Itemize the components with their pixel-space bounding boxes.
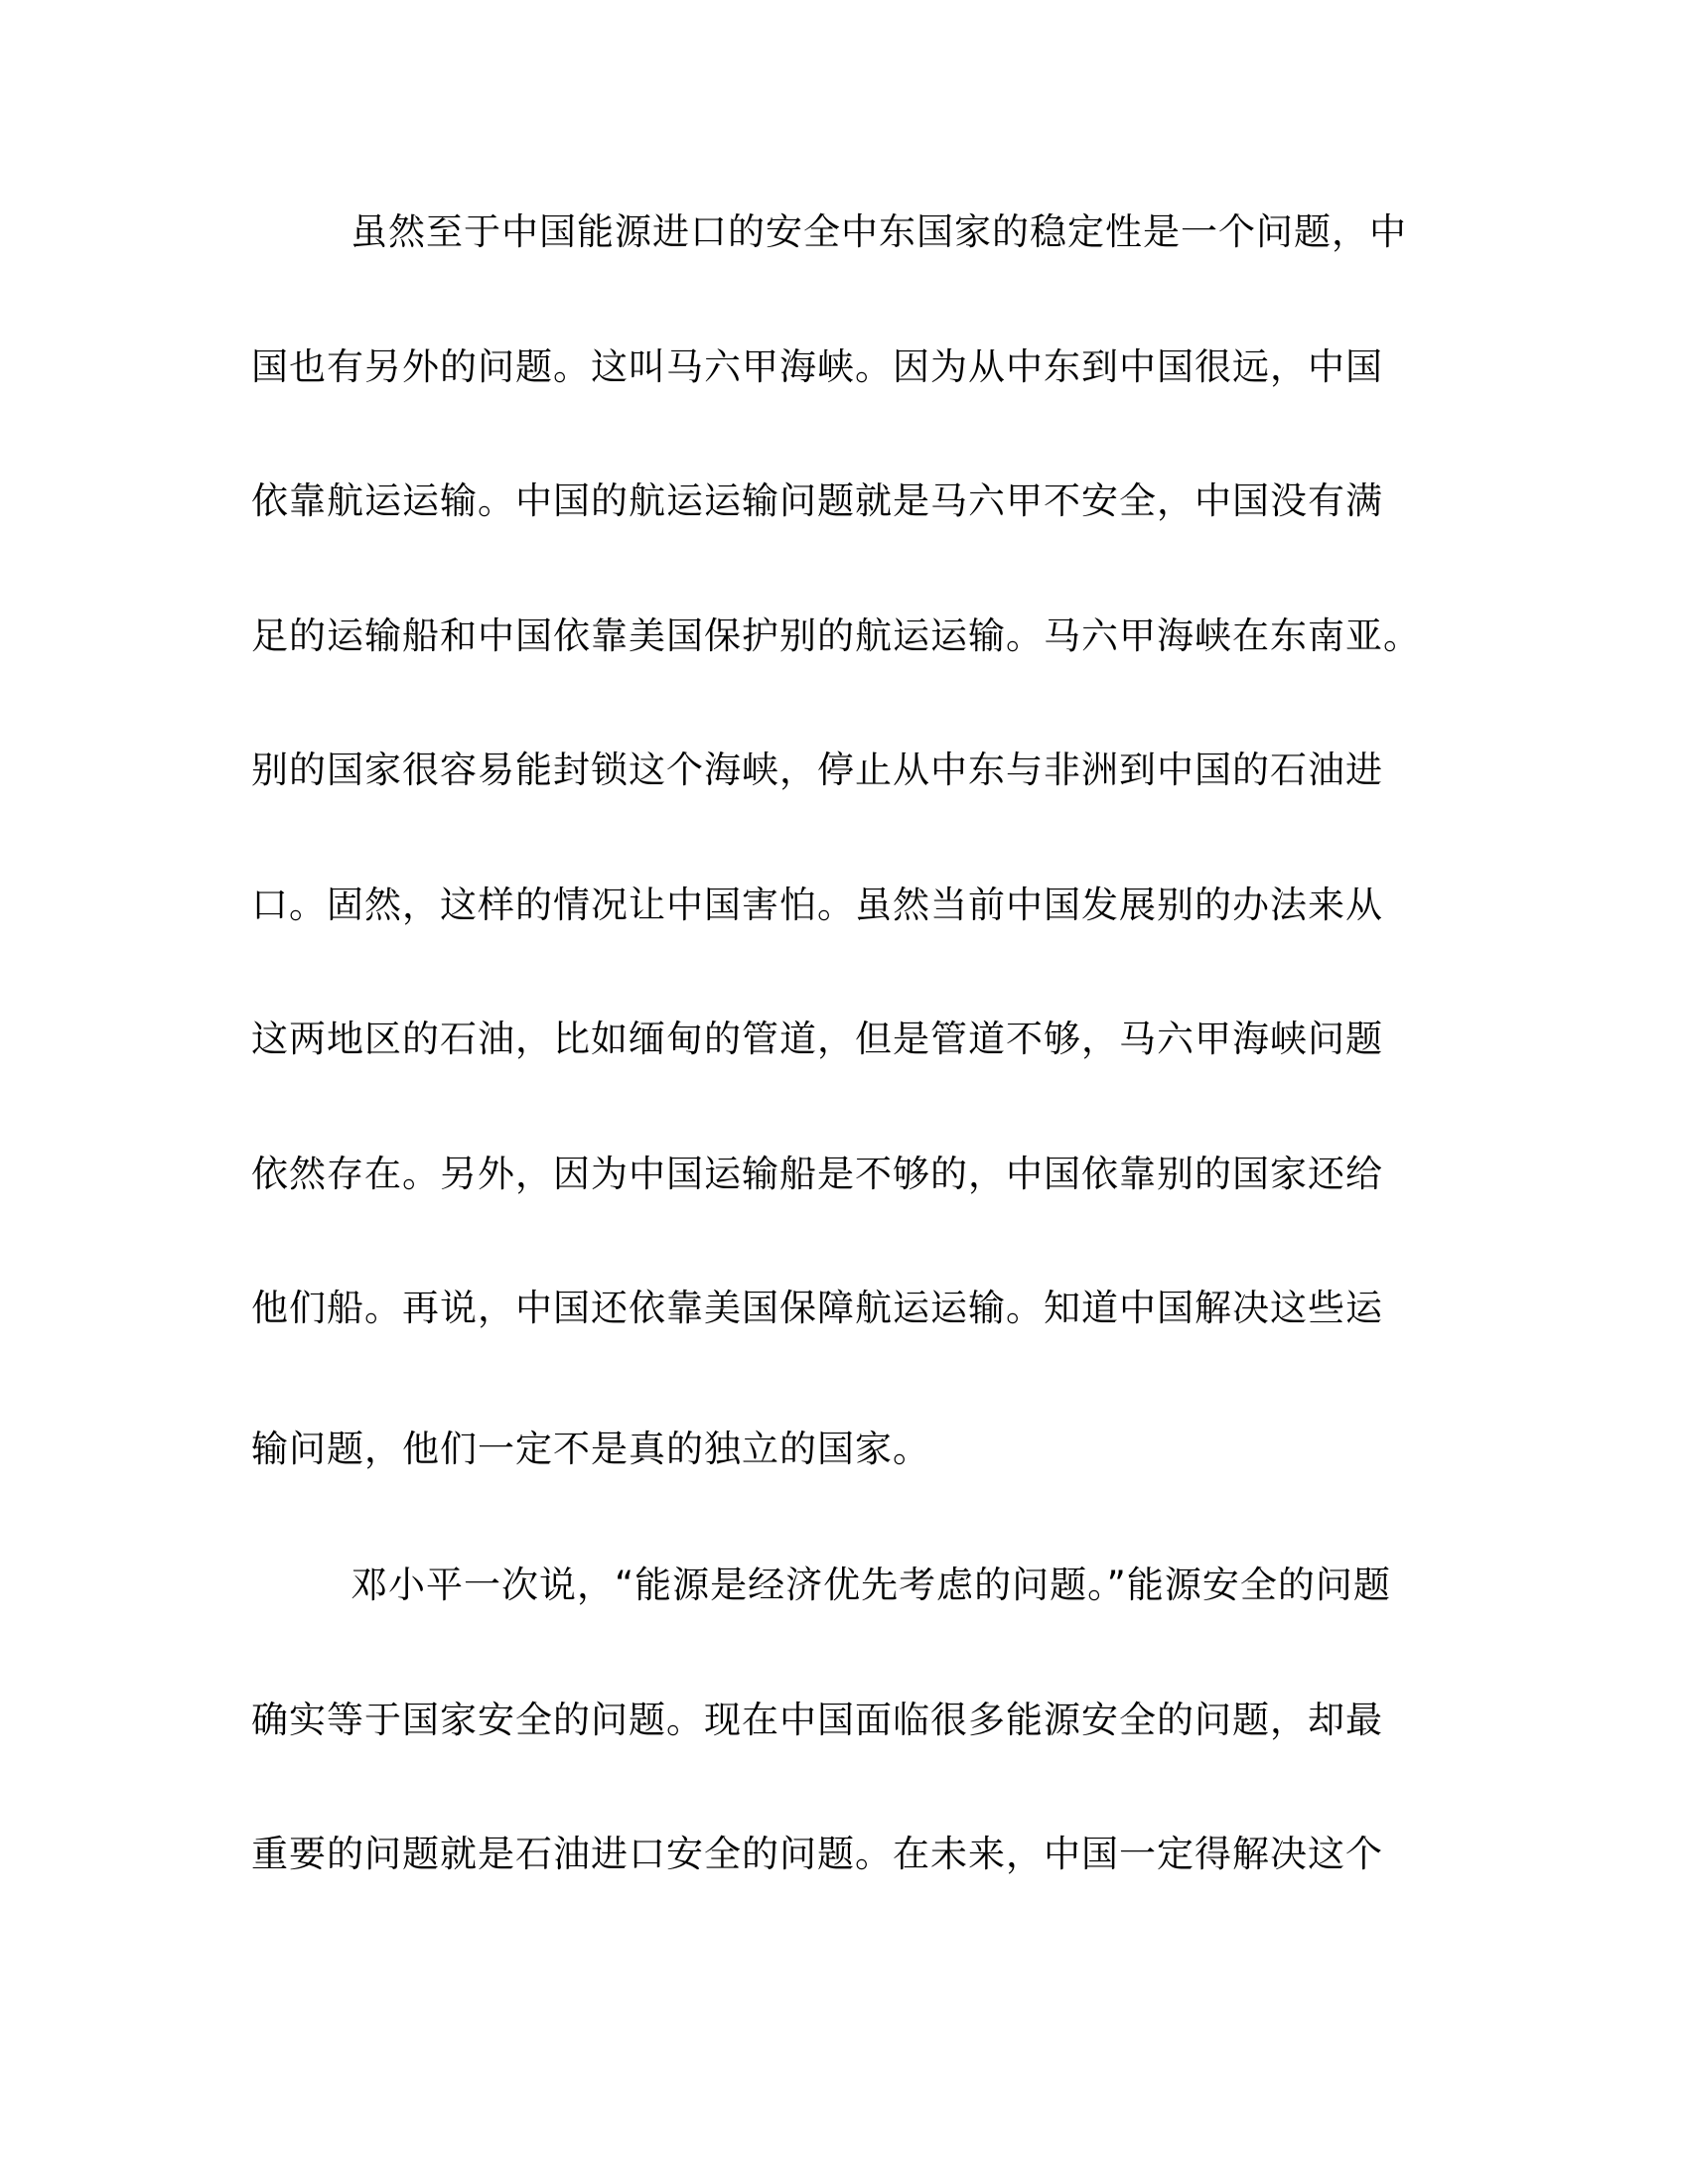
document-page: 虽然至于中国能源进口的安全中东国家的稳定性是一个问题，中 国也有另外的问题。这叫…: [0, 0, 1688, 2184]
text-line: 确实等于国家安全的问题。现在中国面临很多能源安全的问题，却最: [251, 1701, 1383, 1740]
text-line: 足的运输船和中国依靠美国保护别的航运运输。马六甲海峡在东南亚。: [251, 616, 1421, 656]
text-line: 他们船。再说，中国还依靠美国保障航运运输。知道中国解决这些运: [251, 1289, 1383, 1328]
text-line: 国也有另外的问题。这叫马六甲海峡。因为从中东到中国很远，中国: [251, 347, 1383, 387]
text-line: 口。固然，这样的情况让中国害怕。虽然当前中国发展别的办法来从: [251, 886, 1383, 925]
text-line: 依然存在。另外，因为中国运输船是不够的，中国依靠别的国家还给: [251, 1155, 1383, 1194]
text-line: 虽然至于中国能源进口的安全中东国家的稳定性是一个问题，中: [351, 212, 1407, 252]
text-line: 邓小平一次说，“能源是经济优先考虑的问题。”能源安全的问题: [351, 1566, 1391, 1605]
text-line: 依靠航运运输。中国的航运运输问题就是马六甲不安全，中国没有满: [251, 481, 1383, 521]
text-line: 输问题，他们一定不是真的独立的国家。: [251, 1430, 930, 1469]
text-line: 重要的问题就是石油进口安全的问题。在未来，中国一定得解决这个: [251, 1835, 1383, 1874]
text-line: 这两地区的石油，比如缅甸的管道，但是管道不够，马六甲海峡问题: [251, 1020, 1383, 1059]
text-line: 别的国家很容易能封锁这个海峡，停止从中东与非洲到中国的石油进: [251, 751, 1383, 790]
